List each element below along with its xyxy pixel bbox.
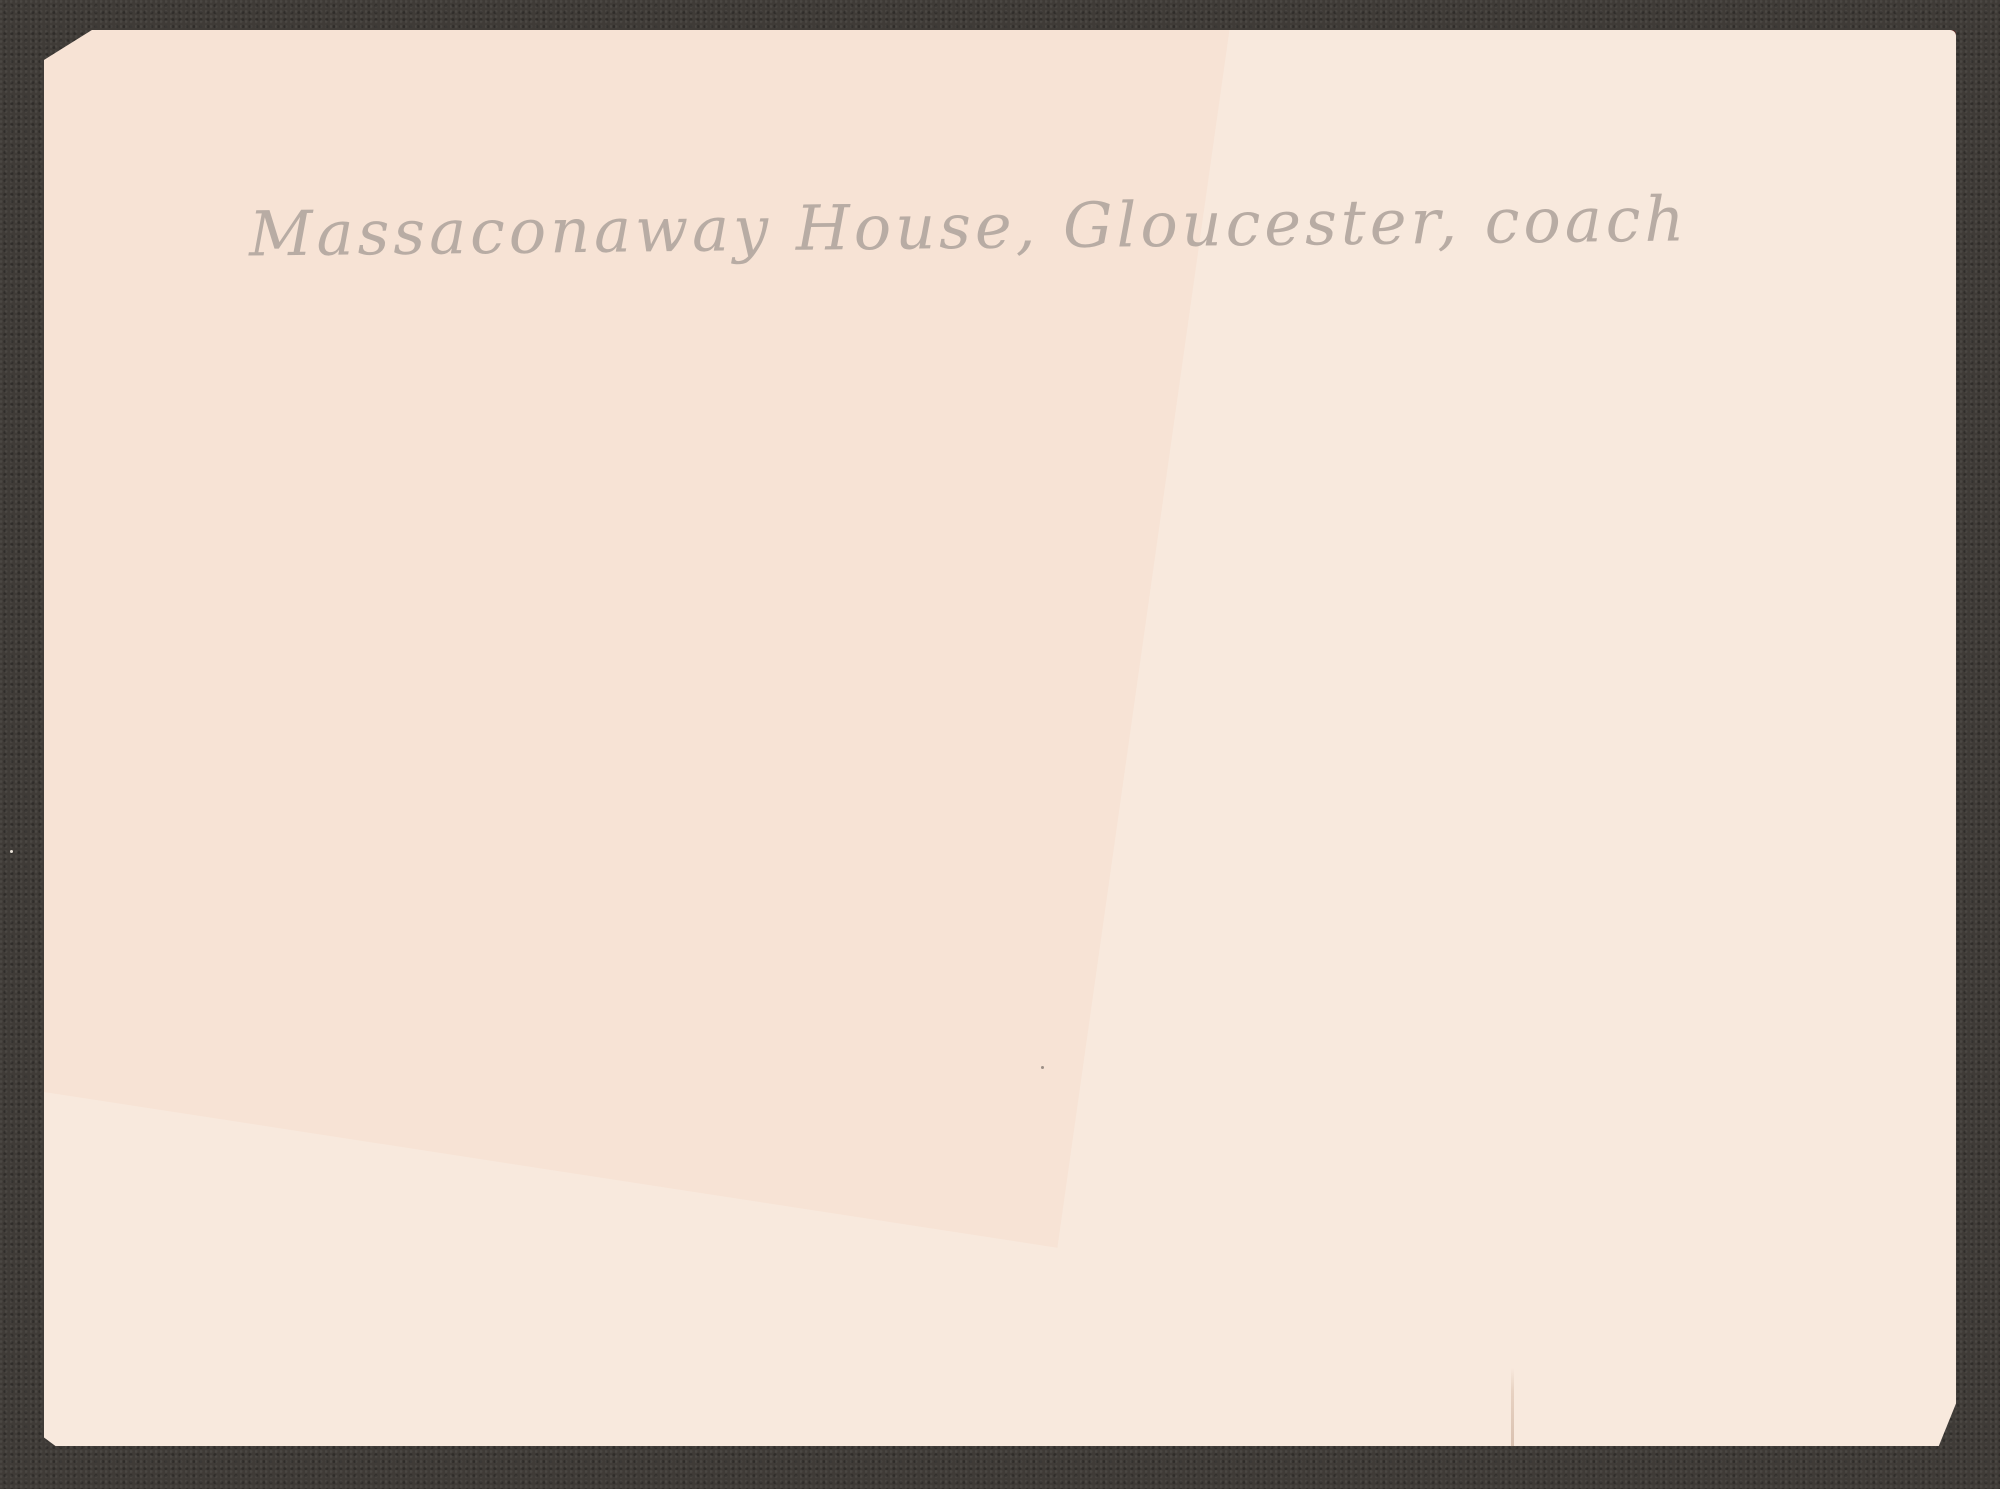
edge-tear [1511, 1368, 1514, 1446]
handwritten-inscription: Massaconaway House, Gloucester, coach [249, 182, 1689, 270]
paper-speck [1041, 1066, 1044, 1069]
board-speck [10, 850, 13, 853]
photo-reverse-sheet: Massaconaway House, Gloucester, coach [44, 30, 1956, 1446]
